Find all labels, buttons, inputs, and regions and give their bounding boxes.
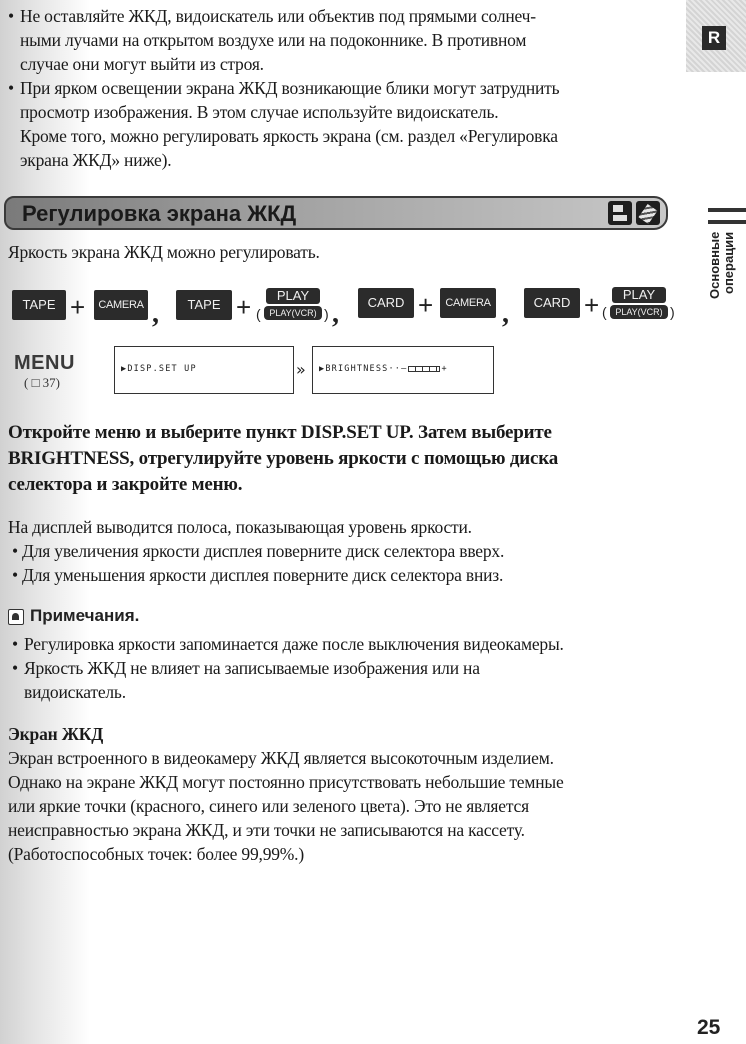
menu-label: MENU — [14, 352, 75, 375]
lcd-screen-line-4: неисправностью экрана ЖКД, и эти точки н… — [8, 818, 525, 842]
bullet-marker: • — [12, 563, 18, 587]
lcd-menu-step-1: ▶DISP.SET UP — [114, 346, 294, 394]
open-paren: ( — [602, 304, 607, 320]
instruction-line-3: селектора и закройте меню. — [8, 472, 558, 498]
lcd-screen-line-3: или яркие точки (красного, синего или зе… — [8, 794, 529, 818]
intro-bullet-1-line-3: случае они могут выйти из строя. — [20, 52, 264, 76]
close-paren: ) — [670, 304, 675, 320]
play-button: PLAY — [612, 287, 666, 303]
display-info-bullet-2: Для уменьшения яркости дисплея поверните… — [22, 563, 503, 587]
lcd-step-1-text: ▶DISP.SET UP — [121, 364, 197, 374]
camera-button: CAMERA — [94, 290, 148, 320]
lcd-screen-line-2: Однако на экране ЖКД могут постоянно при… — [8, 770, 564, 794]
lcd-screen-line-5: (Работоспособных точек: более 99,99%.) — [8, 842, 304, 866]
section-heading-bar: Регулировка экрана ЖКД — [4, 196, 668, 230]
intro-bullet-1-line-2: ными лучами на открытом воздухе или на п… — [20, 28, 526, 52]
bullet-marker: • — [8, 76, 14, 100]
plus-sign: + — [236, 294, 251, 320]
chapter-side-label: Основные операции — [708, 232, 744, 332]
card-button: CARD — [358, 288, 414, 318]
notes-title: Примечания. — [30, 606, 139, 626]
tape-button: TAPE — [176, 290, 232, 320]
comma: , — [332, 298, 339, 330]
lcd-screen-heading: Экран ЖКД — [8, 722, 103, 746]
play-button: PLAY — [266, 288, 320, 304]
card-mode-icon — [636, 201, 660, 225]
instruction-line-2: BRIGHTNESS, отрегулируйте уровень яркост… — [8, 446, 558, 472]
intro-bullet-2-line-3: Кроме того, можно регулировать яркость э… — [20, 124, 558, 148]
language-tab-letter: R — [702, 26, 726, 50]
comma: , — [152, 298, 159, 330]
close-paren: ) — [324, 306, 329, 322]
plus-sign: + — [418, 292, 433, 318]
page-reference: ( □ 37) — [24, 375, 60, 391]
lcd-screen-line-1: Экран встроенного в видеокамеру ЖКД явля… — [8, 746, 554, 770]
bullet-marker: • — [12, 656, 18, 680]
intro-bullet-2-line-2: просмотр изображения. В этом случае испо… — [20, 100, 498, 124]
notes-bullet-1: Регулировка яркости запоминается даже по… — [24, 632, 564, 656]
lcd-step-2-text: ▶BRIGHTNESS··–+ — [319, 364, 448, 374]
bullet-marker: • — [12, 632, 18, 656]
side-rule — [708, 208, 746, 212]
next-step-arrow-icon: » — [296, 360, 306, 379]
section-title: Регулировка экрана ЖКД — [22, 201, 296, 227]
brightness-bar — [408, 366, 440, 372]
plus-sign: + — [70, 294, 85, 320]
side-rule — [708, 220, 746, 224]
card-button: CARD — [524, 288, 580, 318]
section-intro: Яркость экрана ЖКД можно регулировать. — [8, 240, 320, 264]
tape-button: TAPE — [12, 290, 66, 320]
chapter-label-line-2: операции — [721, 232, 736, 294]
notes-icon — [8, 609, 24, 625]
page-number: 25 — [697, 1016, 720, 1040]
lcd-menu-step-2: ▶BRIGHTNESS··–+ — [312, 346, 494, 394]
play-vcr-button: PLAY(VCR) — [610, 305, 668, 319]
intro-bullet-2-line-1: При ярком освещении экрана ЖКД возникающ… — [20, 76, 559, 100]
brightness-plus: + — [441, 364, 447, 374]
tape-mode-icon — [608, 201, 632, 225]
instruction-line-1: Откройте меню и выберите пункт DISP.SET … — [8, 420, 558, 446]
intro-bullet-2-line-4: экрана ЖКД» ниже). — [20, 148, 171, 172]
instruction: Откройте меню и выберите пункт DISP.SET … — [8, 420, 558, 498]
open-paren: ( — [256, 306, 261, 322]
comma: , — [502, 298, 509, 330]
bullet-marker: • — [12, 539, 18, 563]
display-info-bullet-1: Для увеличения яркости дисплея поверните… — [22, 539, 504, 563]
plus-sign: + — [584, 292, 599, 318]
brightness-label: ▶BRIGHTNESS··– — [319, 364, 407, 374]
chapter-label-line-1: Основные — [707, 232, 722, 299]
bullet-marker: • — [8, 4, 14, 28]
camera-button: CAMERA — [440, 288, 496, 318]
notes-bullet-2-line-2: видоискатель. — [24, 680, 126, 704]
play-vcr-button: PLAY(VCR) — [264, 306, 322, 320]
notes-bullet-2-line-1: Яркость ЖКД не влияет на записываемые из… — [24, 656, 480, 680]
display-info-intro: На дисплей выводится полоса, показывающа… — [8, 515, 472, 539]
language-tab: R — [686, 0, 746, 72]
intro-bullet-1-line-1: Не оставляйте ЖКД, видоискатель или объе… — [20, 4, 536, 28]
